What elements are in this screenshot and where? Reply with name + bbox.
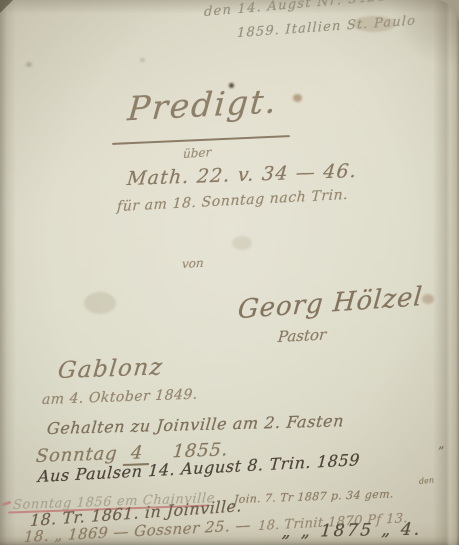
freckle xyxy=(26,62,32,67)
foxing-spot xyxy=(293,94,302,102)
place-name: Gablonz xyxy=(57,354,165,384)
stain xyxy=(232,236,252,250)
delivery-note-6-right: „ „ 1875 „ 4. xyxy=(281,520,423,542)
foxing-spot xyxy=(422,294,434,304)
freckle xyxy=(140,58,145,62)
delivery-note-3-superscript: den xyxy=(419,475,435,486)
ditto-mark: „ xyxy=(438,437,445,451)
von-word: von xyxy=(182,256,204,271)
clipped-corner xyxy=(0,0,13,13)
manuscript-photo: den 14. Augst Nr: 34240 aufgen. 1859. It… xyxy=(0,0,459,545)
preposition-ueber: über xyxy=(183,145,212,161)
stain xyxy=(84,292,116,314)
author-role: Pastor xyxy=(277,325,327,346)
